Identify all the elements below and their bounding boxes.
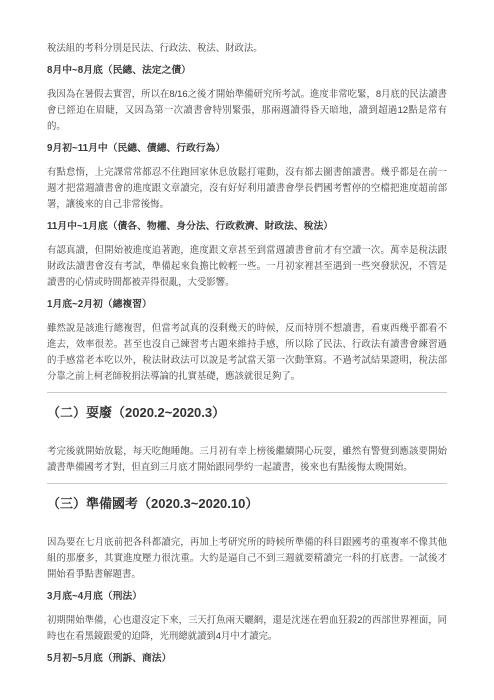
section-divider (47, 483, 447, 484)
section-title: （三）準備國考（2020.3~2020.10） (47, 494, 447, 514)
timeline-heading: 1月底~2月初（總複習） (47, 297, 447, 313)
paragraph: 雖然說是該進行總複習，但當考試真的沒剩幾天的時候，反而特別不想讀書，看東西幾乎都… (47, 320, 447, 384)
section-title: （二）耍廢（2020.2~2020.3） (47, 403, 447, 423)
paragraph: 我因為在暑假去實習，所以在8/16之後才開始準備研究所考試。進度非常吃緊，8月底… (47, 86, 447, 134)
timeline-heading: 3月底~4月底（刑法） (47, 589, 447, 605)
section-divider (47, 392, 447, 393)
timeline-heading: 8月中~8月底（民總、法定之債） (47, 63, 447, 79)
paragraph: 有認真讀，但開始被進度追著跑，進度跟文章甚至到當週讀書會前才有空讀一次。萬幸是稅… (47, 242, 447, 290)
timeline-heading: 11月中~1月底（債各、物權、身分法、行政救濟、財政法、稅法） (47, 219, 447, 235)
timeline-heading: 5月初~5月底（刑訴、商法） (47, 651, 447, 667)
paragraph: 因為要在七月底前把各科都讀完，再加上考研究所的時候所準備的科目跟國考的重複率不像… (47, 534, 447, 582)
paragraph: 稅法組的考科分別是民法、行政法、稅法、財政法。 (47, 40, 447, 56)
paragraph: 考完後就開始放鬆，每天吃飽睡飽。三月初有幸上榜後繼續開心玩耍，雖然有警覺到應該要… (47, 443, 447, 475)
paragraph: 有點怠惰，上完課常常都忍不住跑回家休息放鬆打電動，沒有都去圖書館讀書。幾乎都是在… (47, 164, 447, 212)
paragraph: 初期開始準備，心也還沒定下來，三天打魚兩天曬網，還是沈迷在碧血狂殺2的西部世界裡… (47, 612, 447, 644)
timeline-heading: 9月初~11月中（民總、債總、行政行為） (47, 141, 447, 157)
article-body: 稅法組的考科分別是民法、行政法、稅法、財政法。 8月中~8月底（民總、法定之債）… (0, 0, 494, 667)
